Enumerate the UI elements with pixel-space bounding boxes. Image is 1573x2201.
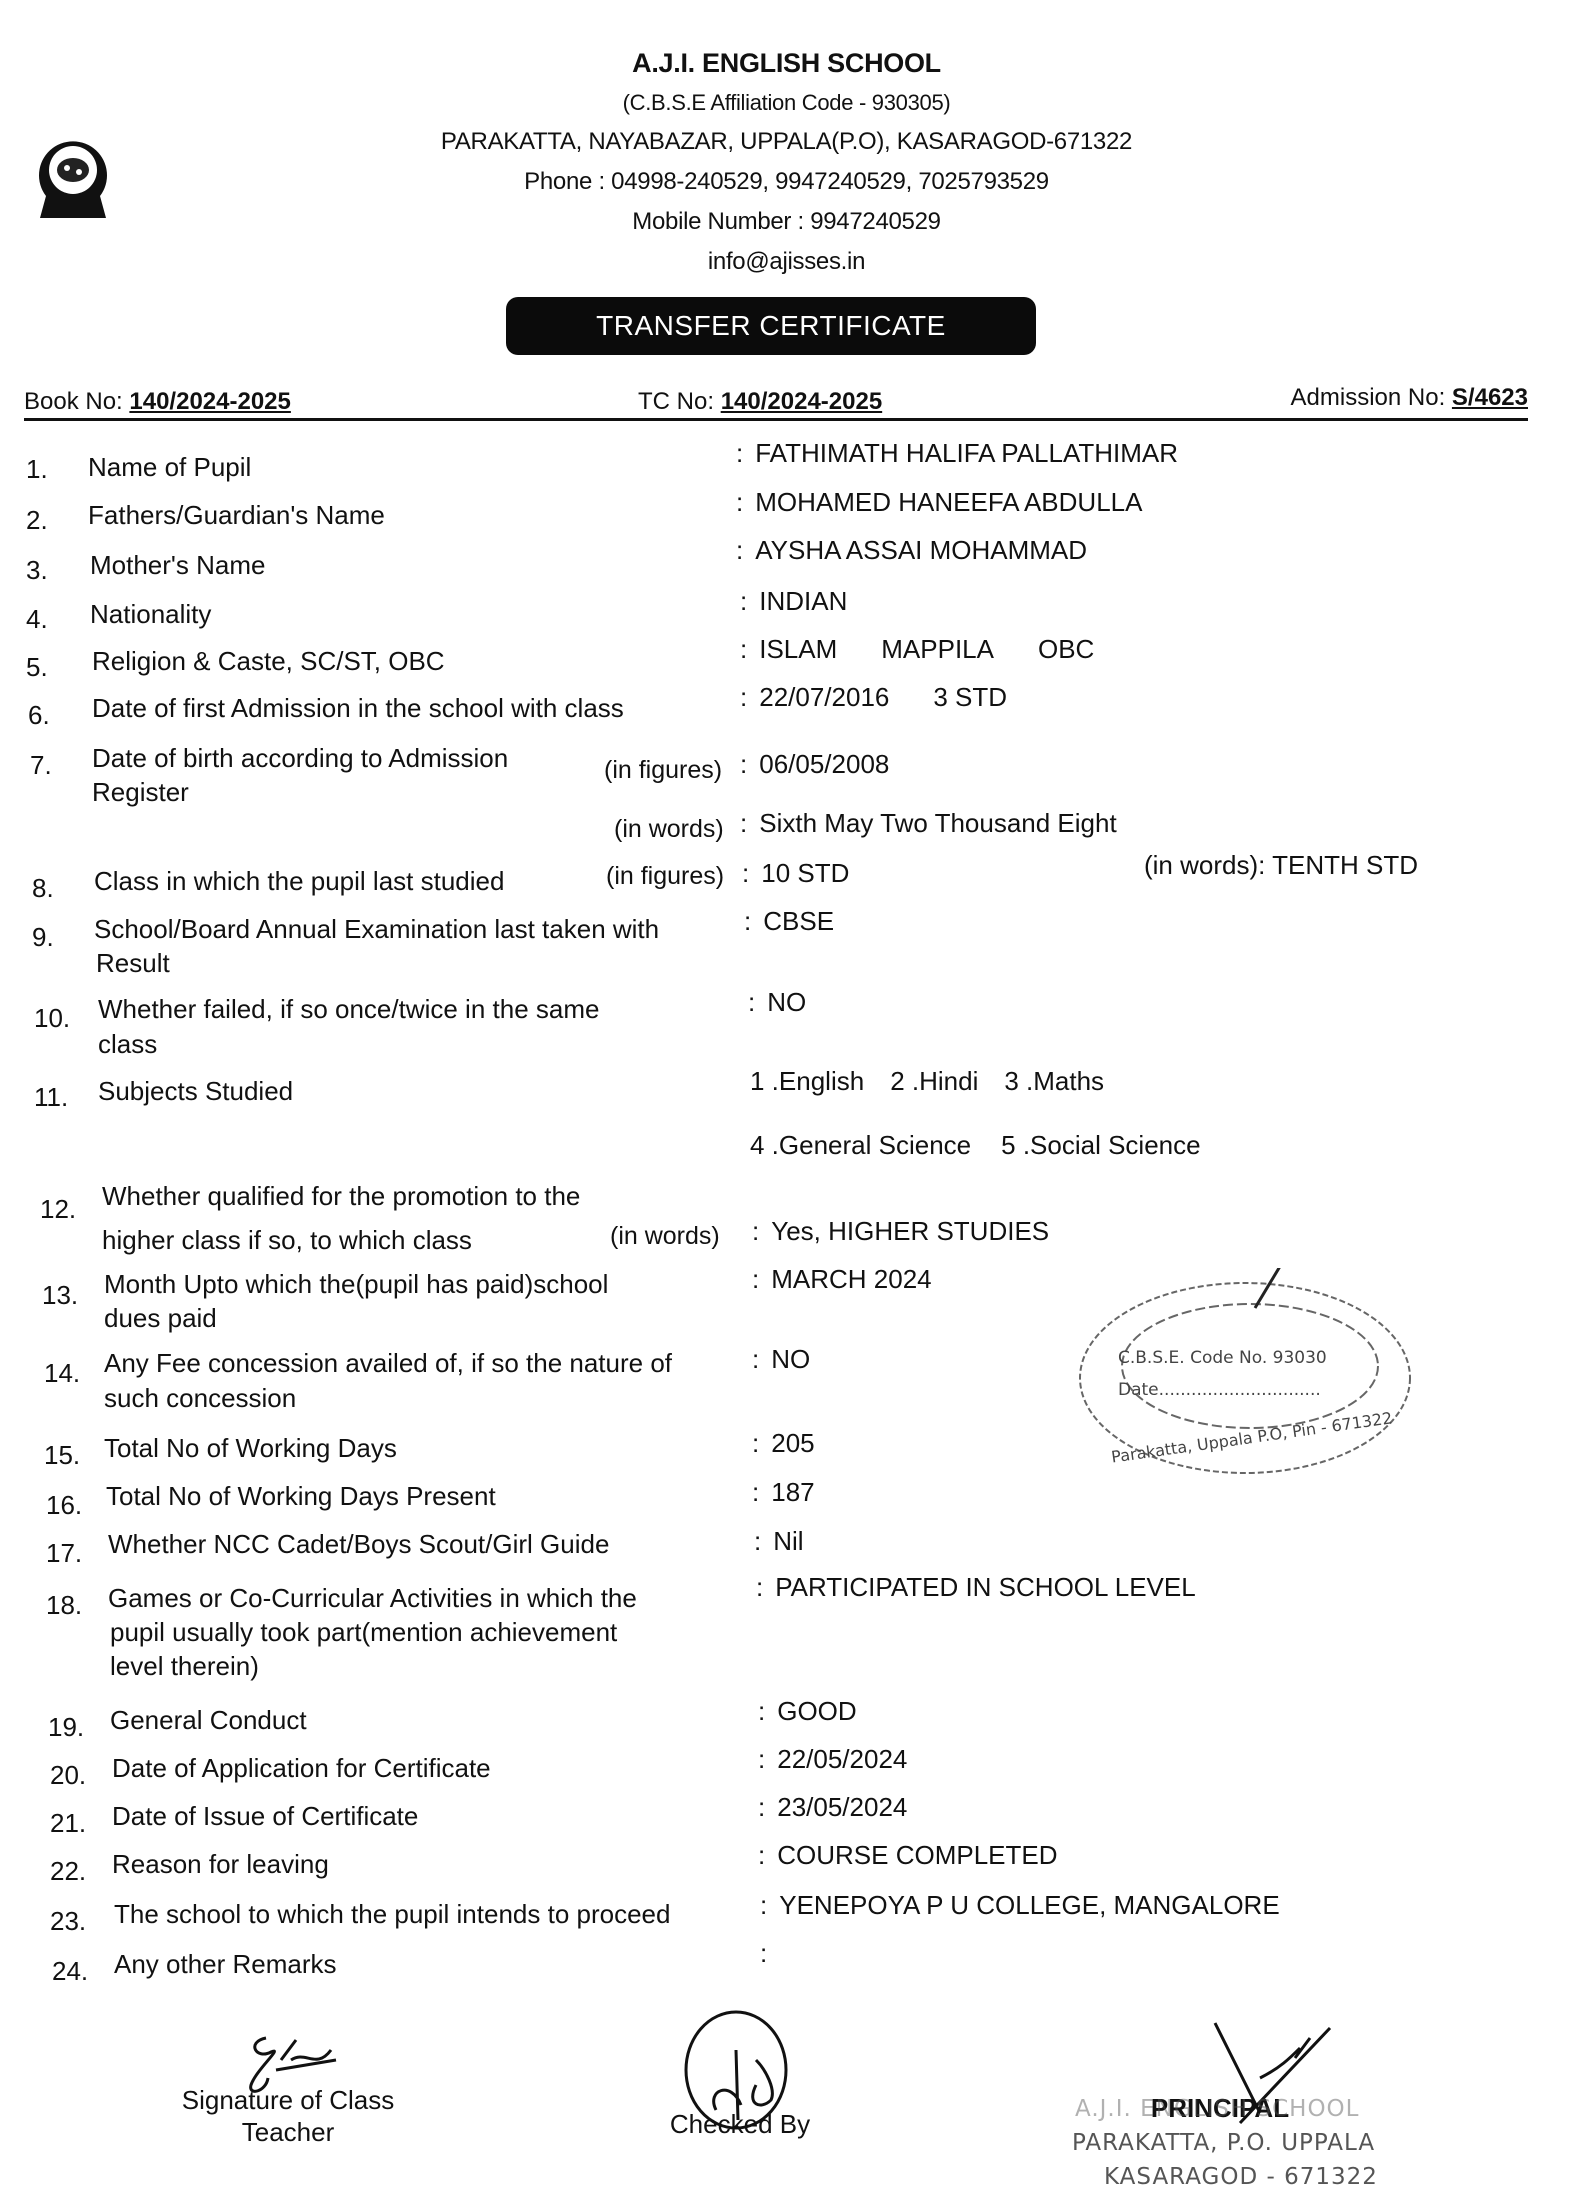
field-label: Total No of Working Days <box>104 1432 397 1465</box>
field-label: Date of Issue of Certificate <box>112 1800 418 1833</box>
field-label: Total No of Working Days Present <box>106 1480 496 1513</box>
field-value: :22/05/2024 <box>758 1744 907 1775</box>
school-address: PARAKATTA, NAYABAZAR, UPPALA(P.O), KASAR… <box>0 128 1573 156</box>
field-label: Name of Pupil <box>88 451 251 484</box>
field-label-cont: Register <box>92 776 189 809</box>
field-label-cont: level therein) <box>110 1650 259 1683</box>
field-label: The school to which the pupil intends to… <box>114 1898 670 1931</box>
dob-figures-value: :06/05/2008 <box>740 749 889 780</box>
principal-stamp-line-3: KASARAGOD - 671322 <box>1104 2164 1378 2190</box>
checked-by-label: Checked By <box>660 2108 820 2140</box>
subjects-line-2: 4 .General Science5 .Social Science <box>750 1130 1201 1161</box>
field-label: Games or Co-Curricular Activities in whi… <box>108 1582 637 1615</box>
school-name: A.J.I. ENGLISH SCHOOL <box>0 48 1573 79</box>
field-label: Mother's Name <box>90 549 265 582</box>
stamp-code-line: C.B.S.E. Code No. 93030 <box>1118 1348 1327 1368</box>
field-value: :NO <box>752 1344 810 1375</box>
subjects-line-1: 1 .English2 .Hindi3 .Maths <box>750 1066 1104 1097</box>
school-seal-stamp: C.B.S.E. Code No. 93030 Date............… <box>1070 1268 1420 1478</box>
field-label: Class in which the pupil last studied <box>94 865 504 898</box>
field-label: Date of Application for Certificate <box>112 1752 491 1785</box>
school-mobile: Mobile Number : 9947240529 <box>0 208 1573 236</box>
field-label: Any Fee concession availed of, if so the… <box>104 1347 672 1380</box>
field-label-cont: Result <box>96 947 170 980</box>
field-value: :COURSE COMPLETED <box>758 1840 1058 1871</box>
field-label: Any other Remarks <box>114 1948 337 1981</box>
reference-row: Book No: 140/2024-2025 TC No: 140/2024-2… <box>24 378 1528 421</box>
field-value: :PARTICIPATED IN SCHOOL LEVEL <box>756 1572 1196 1603</box>
field-value: :INDIAN <box>740 586 847 617</box>
class-words-value: (in words): TENTH STD <box>1144 850 1418 881</box>
dob-words-value: :Sixth May Two Thousand Eight <box>740 808 1117 839</box>
affiliation-code: (C.B.S.E Affiliation Code - 930305) <box>0 90 1573 116</box>
in-words-qualifier: (in words) <box>614 815 724 844</box>
field-value: :FATHIMATH HALIFA PALLATHIMAR <box>736 438 1178 469</box>
field-value: :GOOD <box>758 1696 857 1727</box>
field-label-cont: such concession <box>104 1382 296 1415</box>
field-label-cont: dues paid <box>104 1302 217 1335</box>
field-label: Fathers/Guardian's Name <box>88 499 385 532</box>
field-label: Date of birth according to Admission <box>92 742 508 775</box>
class-figures-value: :10 STD <box>742 858 849 889</box>
field-value: :Yes, HIGHER STUDIES <box>752 1216 1049 1247</box>
in-words-qualifier: (in words) <box>610 1222 720 1251</box>
class-teacher-label-1: Signature of Class <box>168 2084 408 2116</box>
field-label: Whether NCC Cadet/Boys Scout/Girl Guide <box>108 1528 609 1561</box>
certificate-title-banner: TRANSFER CERTIFICATE <box>506 297 1036 355</box>
class-teacher-label-2: Teacher <box>168 2116 408 2148</box>
field-value: :AYSHA ASSAI MOHAMMAD <box>736 535 1087 566</box>
field-value: :YENEPOYA P U COLLEGE, MANGALORE <box>760 1890 1280 1921</box>
field-value: :MOHAMED HANEEFA ABDULLA <box>736 487 1142 518</box>
field-label: General Conduct <box>110 1704 307 1737</box>
field-label-cont: class <box>98 1028 157 1061</box>
in-figures-qualifier: (in figures) <box>604 756 722 785</box>
admission-number: Admission No: S/4623 <box>1291 384 1528 412</box>
field-label: Reason for leaving <box>112 1848 329 1881</box>
book-number: Book No: 140/2024-2025 <box>24 388 291 416</box>
field-label: Month Upto which the(pupil has paid)scho… <box>104 1268 608 1301</box>
school-phone: Phone : 04998-240529, 9947240529, 702579… <box>0 168 1573 196</box>
field-value: :22/07/20163 STD <box>740 682 1007 713</box>
field-value: :CBSE <box>744 906 834 937</box>
field-value: :NO <box>748 987 806 1018</box>
field-value: :Nil <box>754 1526 804 1557</box>
field-value: :187 <box>752 1477 815 1508</box>
field-label-cont: pupil usually took part(mention achievem… <box>110 1616 617 1649</box>
field-label: Whether failed, if so once/twice in the … <box>98 993 599 1026</box>
tc-number: TC No: 140/2024-2025 <box>638 388 882 416</box>
field-label: Subjects Studied <box>98 1075 293 1108</box>
field-label-cont: higher class if so, to which class <box>102 1224 472 1257</box>
field-value: :205 <box>752 1428 815 1459</box>
field-value: :ISLAMMAPPILAOBC <box>740 634 1094 665</box>
field-label: Date of first Admission in the school wi… <box>92 692 624 725</box>
field-label: Nationality <box>90 598 211 631</box>
in-figures-qualifier: (in figures) <box>606 862 724 891</box>
field-value: :MARCH 2024 <box>752 1264 932 1295</box>
field-label: Whether qualified for the promotion to t… <box>102 1180 580 1213</box>
principal-stamp-line-1: A.J.I. ENGLISH SCHOOL <box>1075 2096 1359 2122</box>
field-value: : <box>760 1938 779 1969</box>
field-value: :23/05/2024 <box>758 1792 907 1823</box>
principal-stamp-line-2: PARAKATTA, P.O. UPPALA <box>1072 2130 1375 2156</box>
field-label: Religion & Caste, SC/ST, OBC <box>92 645 445 678</box>
stamp-date-line: Date.............................. <box>1118 1380 1321 1400</box>
field-label: School/Board Annual Examination last tak… <box>94 913 659 946</box>
school-email: info@ajisses.in <box>0 248 1573 276</box>
